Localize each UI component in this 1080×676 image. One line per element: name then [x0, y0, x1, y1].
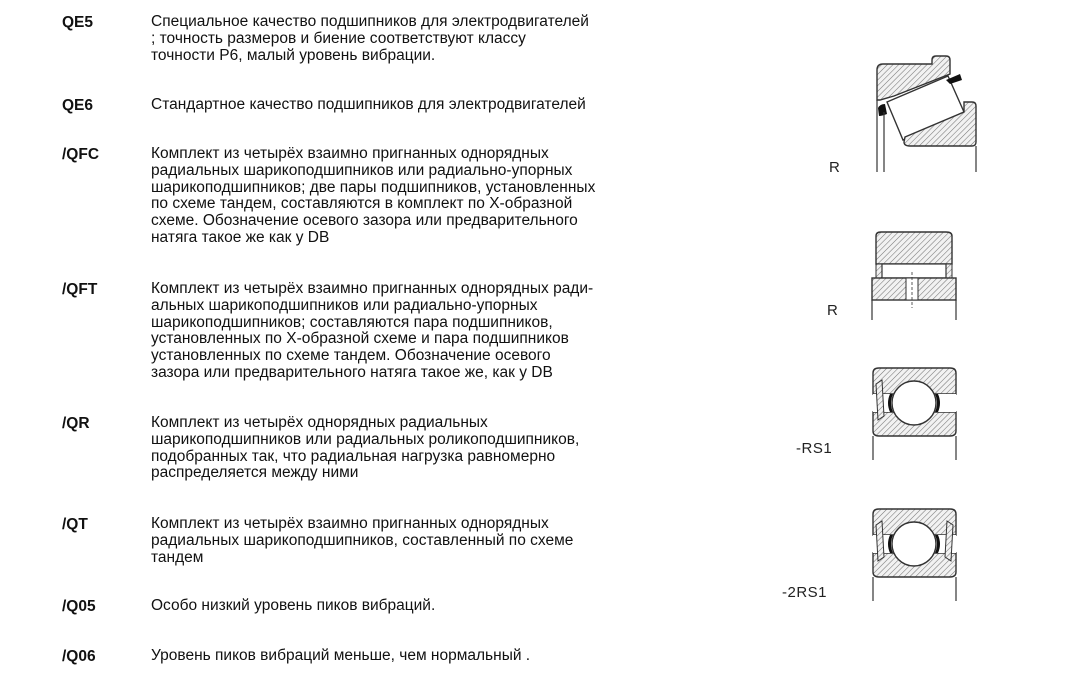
designation-code: /QFC	[62, 146, 99, 163]
figure-label: R	[827, 302, 838, 319]
designation-description: Уровень пиков вибраций меньше, чем норма…	[151, 648, 731, 665]
designation-code: /QFT	[62, 281, 97, 298]
designation-code: /Q06	[62, 648, 96, 665]
description-line: радиальных шарикоподшипников или радиаль…	[151, 163, 731, 180]
description-line: Комплект из четырёх взаимно пригнанных о…	[151, 281, 731, 298]
description-line: по схеме тандем, составляются в комплект…	[151, 196, 731, 213]
description-line: радиальных шарикоподшипников, составленн…	[151, 533, 731, 550]
designation-description: Специальное качество подшипников для эле…	[151, 14, 731, 64]
description-line: зазора или предварительного натяга такое…	[151, 365, 731, 382]
description-line: схеме. Обозначение осевого зазора или пр…	[151, 213, 731, 230]
description-line: установленных по Х-образной схеме и пара…	[151, 331, 731, 348]
designation-description: Комплект из четырёх взаимно пригнанных о…	[151, 516, 731, 566]
figure-cylindrical-roller-bearing	[868, 228, 983, 323]
figure-label: -RS1	[796, 440, 832, 457]
description-line: распределяется между ними	[151, 465, 731, 482]
figure-ball-bearing-double-seal	[868, 505, 968, 605]
description-line: точности Р6, малый уровень вибрации.	[151, 48, 731, 65]
description-line: Особо низкий уровень пиков вибраций.	[151, 598, 731, 615]
description-line: подобранных так, что радиальная нагрузка…	[151, 449, 731, 466]
tapered-roller-bearing-icon	[860, 52, 980, 182]
description-line: Комплект из четырёх однорядных радиальны…	[151, 415, 731, 432]
description-line: Уровень пиков вибраций меньше, чем норма…	[151, 648, 731, 665]
description-line: шарикоподшипников; составляются пара под…	[151, 315, 731, 332]
description-line: натяга такое же как у DB	[151, 230, 731, 247]
designation-description: Особо низкий уровень пиков вибраций.	[151, 598, 731, 615]
description-line: альных шарикоподшипников или радиально-у…	[151, 298, 731, 315]
figure-tapered-roller-bearing	[860, 52, 980, 182]
description-line: Комплект из четырёх взаимно пригнанных о…	[151, 146, 731, 163]
ball-bearing-double-seal-icon	[868, 505, 968, 605]
designation-description: Стандартное качество подшипников для эле…	[151, 97, 731, 114]
designation-code: /QT	[62, 516, 88, 533]
description-line: ; точность размеров и биение соответству…	[151, 31, 731, 48]
designation-description: Комплект из четырёх взаимно пригнанных о…	[151, 146, 731, 247]
designation-code: /QR	[62, 415, 90, 432]
cylindrical-roller-bearing-icon	[868, 228, 983, 323]
description-line: Специальное качество подшипников для эле…	[151, 14, 731, 31]
designation-code: /Q05	[62, 598, 96, 615]
description-line: Стандартное качество подшипников для эле…	[151, 97, 731, 114]
designation-description: Комплект из четырёх однорядных радиальны…	[151, 415, 731, 482]
figure-ball-bearing-single-seal	[868, 364, 968, 464]
designation-description: Комплект из четырёх взаимно пригнанных о…	[151, 281, 731, 382]
description-line: тандем	[151, 550, 731, 567]
figure-label: R	[829, 159, 840, 176]
designation-code: QE6	[62, 97, 93, 114]
description-line: шарикоподшипников; две пары подшипников,…	[151, 180, 731, 197]
ball-bearing-single-seal-icon	[868, 364, 968, 464]
description-line: шарикоподшипников или радиальных роликоп…	[151, 432, 731, 449]
figure-label: -2RS1	[782, 584, 827, 601]
description-line: Комплект из четырёх взаимно пригнанных о…	[151, 516, 731, 533]
designation-code: QE5	[62, 14, 93, 31]
description-line: установленных по схеме тандем. Обозначен…	[151, 348, 731, 365]
